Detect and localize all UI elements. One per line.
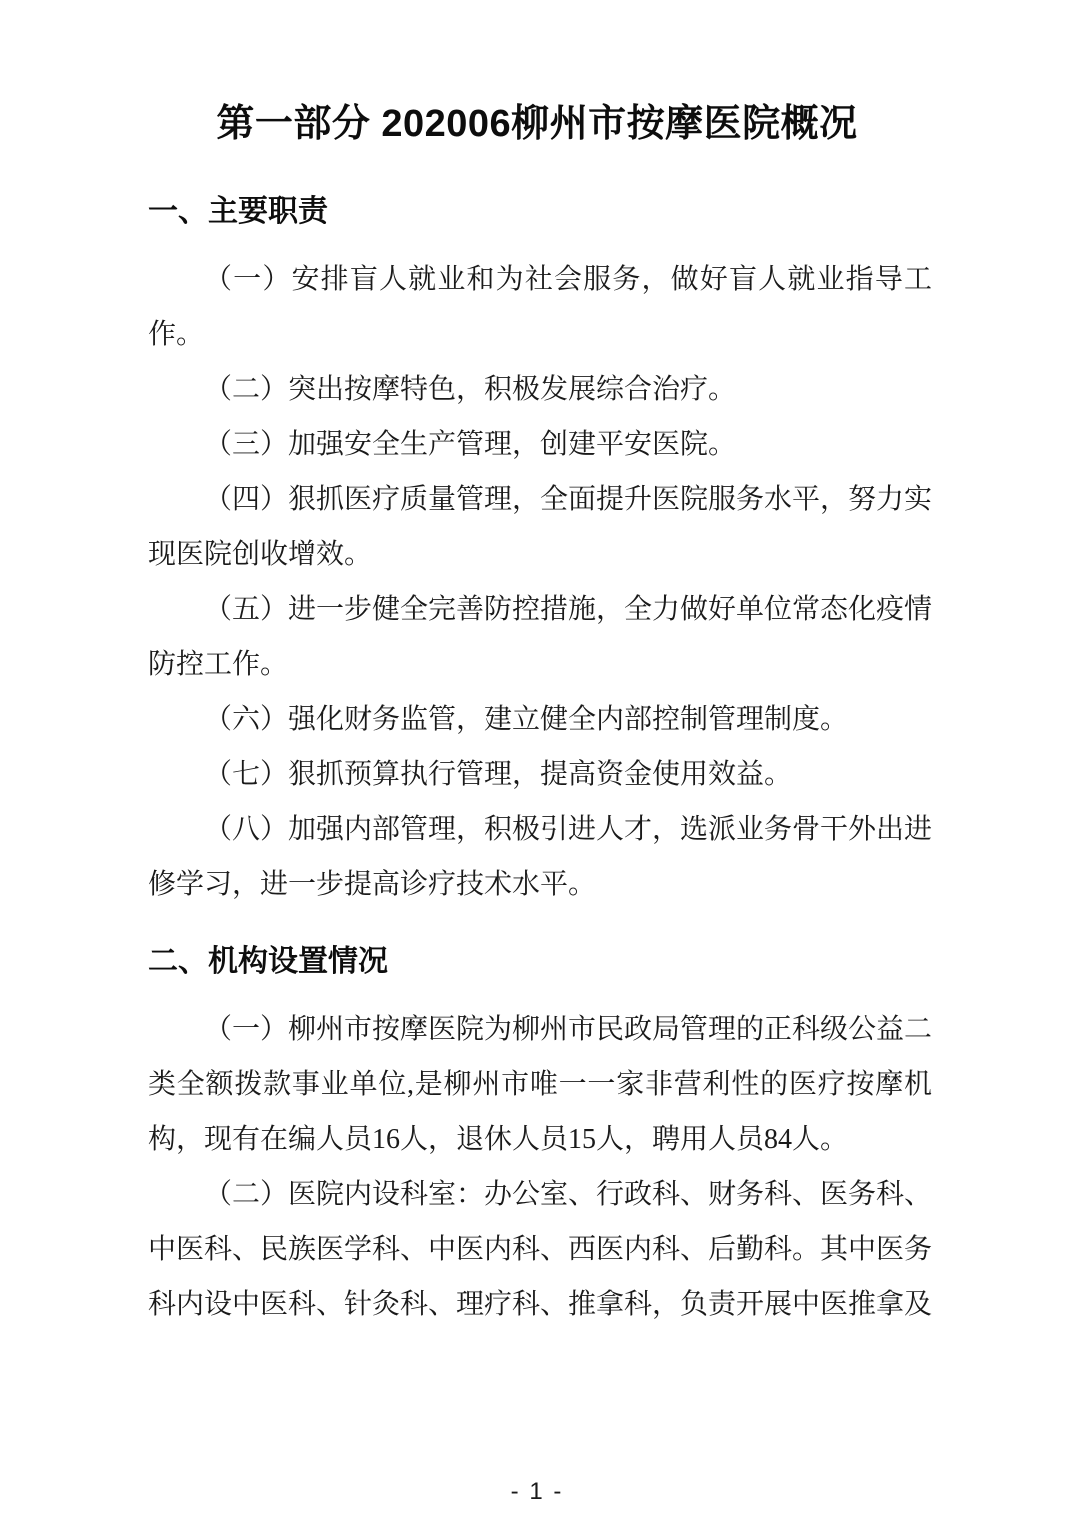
section-1-heading: 一、主要职责 [148, 194, 932, 230]
section-1-paragraph-8: （八）加强内部管理，积极引进人才，选派业务骨干外出进修学习，进一步提高诊疗技术水… [148, 802, 932, 912]
section-1-paragraph-5: （五）进一步健全完善防控措施，全力做好单位常态化疫情防控工作。 [148, 582, 932, 692]
section-1-paragraph-1: （一）安排盲人就业和为社会服务，做好盲人就业指导工作。 [148, 252, 932, 362]
section-1-paragraph-7: （七）狠抓预算执行管理，提高资金使用效益。 [148, 747, 932, 802]
section-2-paragraph-2: （二）医院内设科室：办公室、行政科、财务科、医务科、中医科、民族医学科、中医内科… [148, 1167, 932, 1332]
section-1-paragraph-3: （三）加强安全生产管理，创建平安医院。 [148, 417, 932, 472]
document-body: 一、主要职责 （一）安排盲人就业和为社会服务，做好盲人就业指导工作。 （二）突出… [148, 194, 932, 1332]
section-1-paragraph-4: （四）狠抓医疗质量管理，全面提升医院服务水平，努力实现医院创收增效。 [148, 472, 932, 582]
document-page: 第一部分 202006柳州市按摩医院概况 一、主要职责 （一）安排盲人就业和为社… [0, 0, 1074, 1520]
document-title: 第一部分 202006柳州市按摩医院概况 [0, 0, 1074, 148]
section-2-paragraph-1: （一）柳州市按摩医院为柳州市民政局管理的正科级公益二类全额拨款事业单位,是柳州市… [148, 1002, 932, 1167]
page-number: - 1 - [0, 1478, 1074, 1506]
section-1-paragraph-2: （二）突出按摩特色，积极发展综合治疗。 [148, 362, 932, 417]
section-1-paragraph-6: （六）强化财务监管，建立健全内部控制管理制度。 [148, 692, 932, 747]
section-2-heading: 二、机构设置情况 [148, 944, 932, 980]
